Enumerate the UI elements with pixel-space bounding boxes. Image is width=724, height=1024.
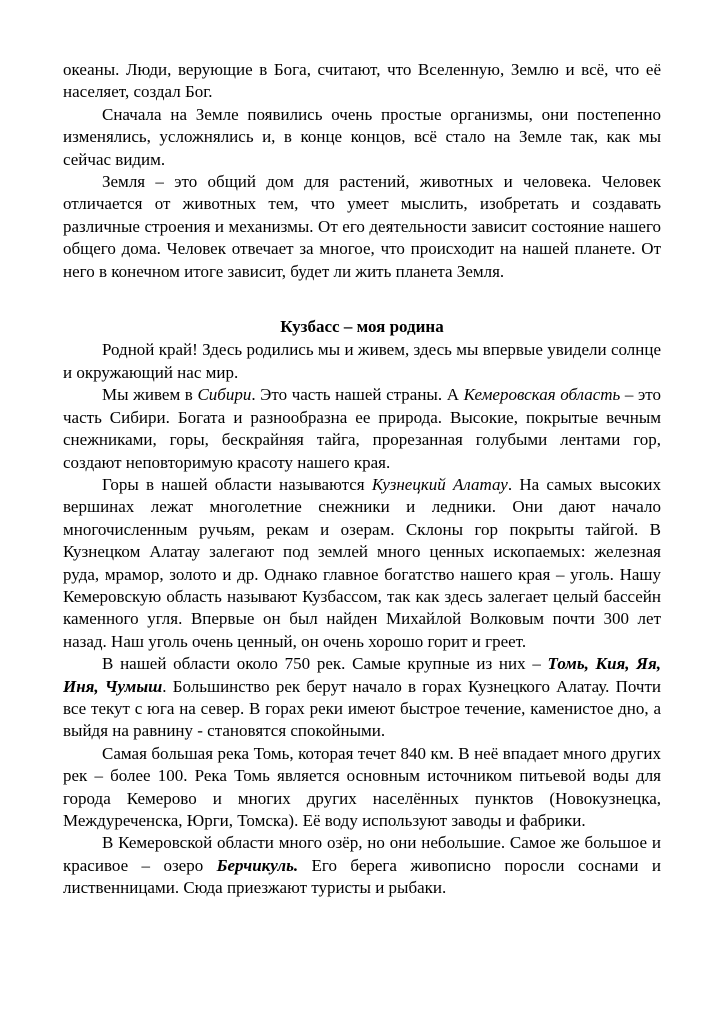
text-run: океаны. Люди, верующие в Бога, считают, … [63, 60, 661, 101]
paragraph: Родной край! Здесь родились мы и живем, … [63, 339, 661, 384]
text-run: Родной край! Здесь родились мы и живем, … [63, 340, 661, 381]
text-run: Сначала на Земле появились очень простые… [63, 105, 661, 169]
post-heading-paragraphs: Родной край! Здесь родились мы и живем, … [63, 339, 661, 899]
pre-heading-paragraphs: океаны. Люди, верующие в Бога, считают, … [63, 59, 661, 283]
paragraph: В нашей области около 750 рек. Самые кру… [63, 653, 661, 743]
paragraph: Сначала на Земле появились очень простые… [63, 104, 661, 171]
text-run: Самая большая река Томь, которая течет 8… [63, 744, 661, 830]
text-block: океаны. Люди, верующие в Бога, считают, … [63, 59, 661, 900]
text-run: В нашей области около 750 рек. Самые кру… [102, 654, 548, 673]
text-run: Кемеровская область [464, 385, 621, 404]
paragraph: В Кемеровской области много озёр, но они… [63, 832, 661, 899]
paragraph: Самая большая река Томь, которая течет 8… [63, 743, 661, 833]
section-heading: Кузбасс – моя родина [63, 316, 661, 338]
text-run: Земля – это общий дом для растений, живо… [63, 172, 661, 281]
text-run: Горы в нашей области называются [102, 475, 372, 494]
text-run: Мы живем в [102, 385, 197, 404]
text-run: . На самых высоких вершинах лежат многол… [63, 475, 661, 651]
paragraph: Горы в нашей области называются Кузнецки… [63, 474, 661, 653]
paragraph: Мы живем в Сибири. Это часть нашей стран… [63, 384, 661, 474]
text-run: Берчикуль. [217, 856, 298, 875]
paragraph: Земля – это общий дом для растений, живо… [63, 171, 661, 283]
paragraph: океаны. Люди, верующие в Бога, считают, … [63, 59, 661, 104]
document-page: океаны. Люди, верующие в Бога, считают, … [0, 0, 724, 1024]
text-run: . Это часть нашей страны. А [251, 385, 463, 404]
text-run: Кузнецкий Алатау [372, 475, 508, 494]
text-run: Сибири [197, 385, 251, 404]
